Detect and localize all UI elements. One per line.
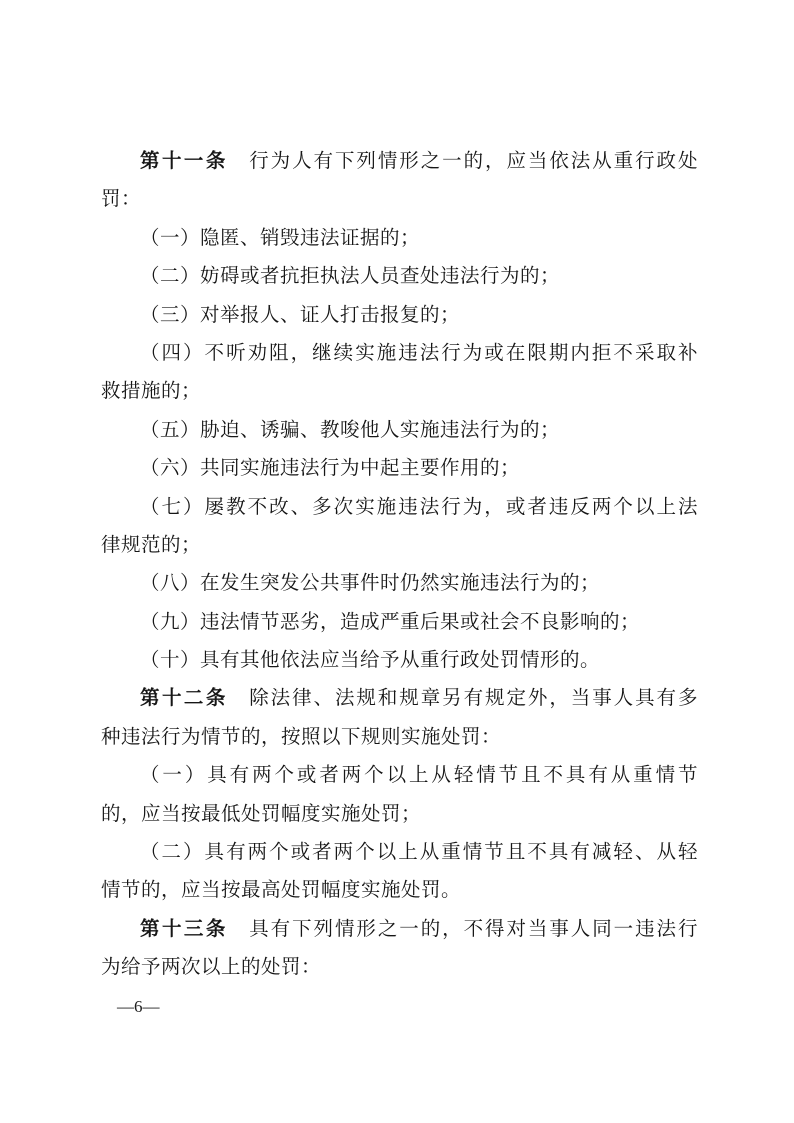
text-line: 罚： [101, 181, 698, 219]
article-number: 第十二条 [140, 688, 228, 709]
article-number: 第十三条 [140, 919, 228, 940]
text-line: 救措施的； [101, 373, 698, 411]
text-line: （六）共同实施违法行为中起主要作用的； [101, 450, 698, 488]
text-line: （一）隐匿、销毁违法证据的； [101, 220, 698, 258]
page: 第十一条 行为人有下列情形之一的，应当依法从重行政处罚：（一）隐匿、销毁违法证据… [0, 0, 794, 1123]
text-line: 第十三条 具有下列情形之一的，不得对当事人同一违法行 [101, 911, 698, 949]
text-line: （二）具有两个或者两个以上从重情节且不具有减轻、从轻 [101, 834, 698, 872]
text-line: 律规范的； [101, 527, 698, 565]
text-line: （三）对举报人、证人打击报复的； [101, 297, 698, 335]
text-line: 种违法行为情节的，按照以下规则实施处罚： [101, 719, 698, 757]
document-body: 第十一条 行为人有下列情形之一的，应当依法从重行政处罚：（一）隐匿、销毁违法证据… [101, 143, 698, 988]
page-number: —6— [117, 997, 160, 1016]
text-line: 第十二条 除法律、法规和规章另有规定外，当事人具有多 [101, 680, 698, 718]
text-line: （一）具有两个或者两个以上从轻情节且不具有从重情节 [101, 757, 698, 795]
article-number: 第十一条 [140, 151, 228, 172]
text-line: 第十一条 行为人有下列情形之一的，应当依法从重行政处 [101, 143, 698, 181]
text-line: （七）屡教不改、多次实施违法行为，或者违反两个以上法 [101, 489, 698, 527]
text-line: （二）妨碍或者抗拒执法人员查处违法行为的； [101, 258, 698, 296]
text-line: （十）具有其他依法应当给予从重行政处罚情形的。 [101, 642, 698, 680]
text-line: （四）不听劝阻，继续实施违法行为或在限期内拒不采取补 [101, 335, 698, 373]
page-footer: —6— [117, 996, 160, 1018]
text-line: （九）违法情节恶劣，造成严重后果或社会不良影响的； [101, 604, 698, 642]
text-line: （八）在发生突发公共事件时仍然实施违法行为的； [101, 565, 698, 603]
text-line: 为给予两次以上的处罚： [101, 949, 698, 987]
text-line: 的，应当按最低处罚幅度实施处罚； [101, 796, 698, 834]
text-line: 情节的，应当按最高处罚幅度实施处罚。 [101, 872, 698, 910]
text-line: （五）胁迫、诱骗、教唆他人实施违法行为的； [101, 412, 698, 450]
